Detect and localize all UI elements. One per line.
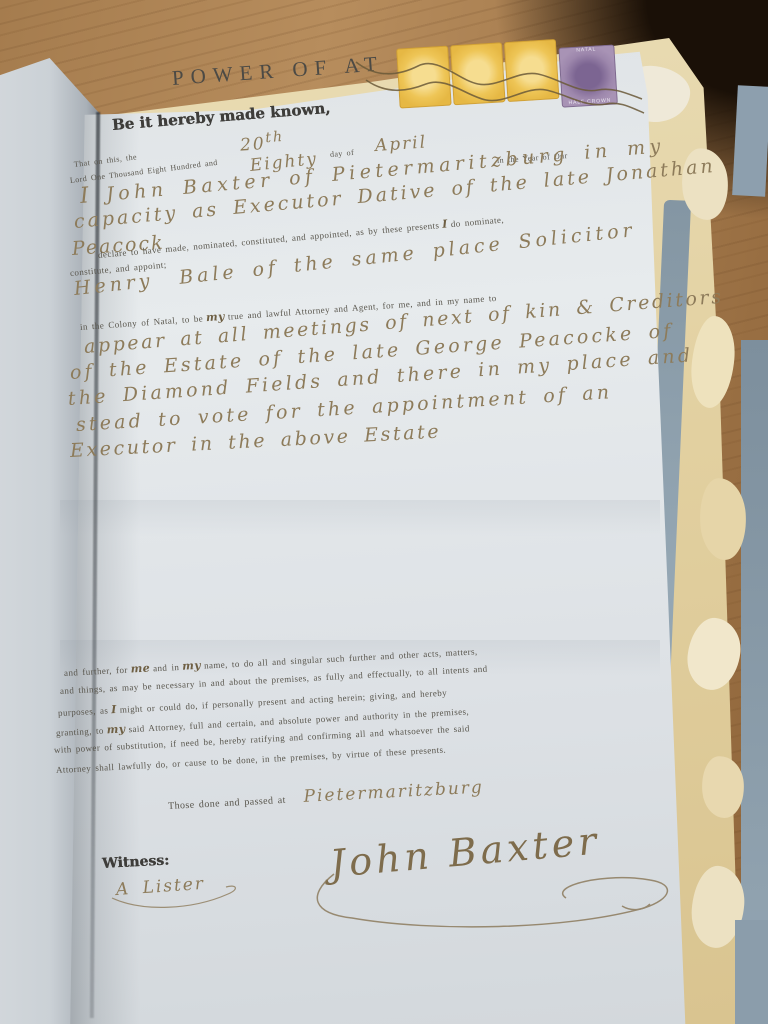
purple-stamp-country: NATAL [576, 47, 596, 53]
boiler-1b: and in [153, 662, 180, 673]
day-number: 20 [239, 134, 266, 156]
yellow-stamp-3 [504, 39, 560, 102]
agent-hand-my: my [203, 310, 229, 325]
hand-day: 20th [239, 129, 285, 156]
yellow-stamp-2 [450, 42, 506, 105]
hand-month: April [374, 132, 427, 156]
blue-page-corner [735, 920, 768, 1024]
page-crease [60, 500, 660, 536]
purple-stamp-value: HALF CROWN [568, 98, 611, 106]
grantor-pronoun: I [79, 183, 92, 209]
boiler-hand-me: me [127, 661, 153, 675]
photo-of-ledger: { "colors":{"wood":"#a87e50","page":"#e2… [0, 0, 768, 1024]
boiler-4a: granting, to [56, 726, 104, 738]
day-suffix: th [265, 129, 285, 146]
purple-stamp: NATAL HALF CROWN [558, 44, 618, 107]
boiler-hand-my-2: my [103, 722, 128, 736]
boiler-1a: and further, for [64, 665, 128, 678]
blue-page-patch [732, 85, 768, 197]
boiler-hand-my-1: my [179, 659, 204, 673]
boiler-3a: purposes, as [58, 705, 109, 718]
revenue-stamps: NATAL HALF CROWN [396, 35, 618, 117]
yellow-stamp-1 [396, 46, 452, 109]
boiler-hand-i: I [108, 703, 120, 717]
